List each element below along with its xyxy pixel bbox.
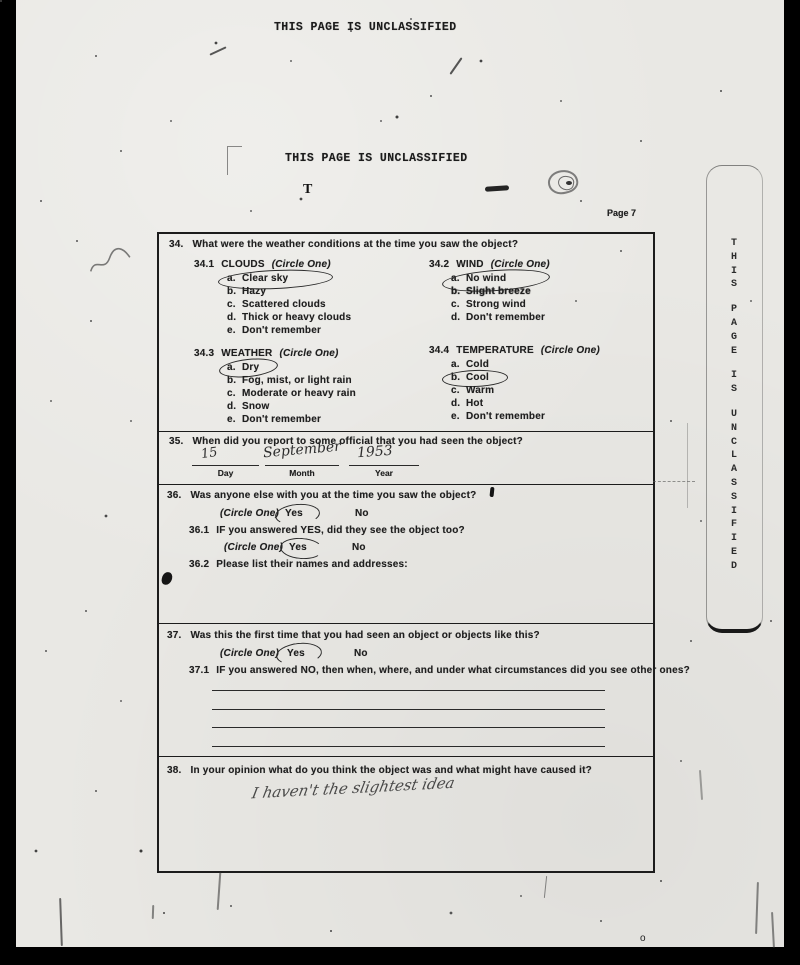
stray-t-glyph: T (303, 182, 312, 198)
option-letter: a. (227, 273, 242, 284)
temperature-options: a.Cold b.Cool c.Warm d.Hot e.Don't remem… (451, 359, 545, 424)
option-hazy: b.Hazy (227, 286, 351, 299)
scratch-mark (699, 770, 703, 800)
scratch-mark (755, 882, 759, 934)
option-dry: a.Dry (227, 362, 356, 375)
option-cool: b.Cool (451, 372, 545, 385)
question-36: 36.Was anyone else with you at the time … (167, 490, 476, 501)
year-label: Year (349, 468, 419, 478)
circle-one-instruction: (Circle One) (491, 259, 550, 270)
corner-pen-mark (227, 146, 242, 175)
scan-noise-specks (0, 0, 2, 2)
option-moderate-rain: c.Moderate or heavy rain (227, 388, 356, 401)
scan-edge-bottom (0, 947, 800, 965)
divider-extension-dash (653, 481, 695, 482)
option-label: Dry (242, 362, 259, 373)
subq-title: TEMPERATURE (456, 345, 534, 356)
classification-banner-top: THIS PAGE IS UNCLASSIFIED (274, 21, 457, 34)
option-letter: a. (451, 359, 466, 370)
option-label: Warm (466, 385, 494, 396)
q36-1-yes: Yes (289, 542, 307, 553)
answer-line (212, 727, 605, 728)
option-label: Don't remember (466, 411, 545, 422)
pen-stroke (209, 46, 226, 55)
option-label: Cold (466, 359, 489, 370)
option-dont-remember: e.Don't remember (451, 411, 545, 424)
question-37: 37.Was this the first time that you had … (167, 630, 540, 641)
option-letter: b. (227, 286, 242, 297)
option-letter: d. (227, 312, 242, 323)
option-label: Don't remember (242, 414, 321, 425)
yes-label: Yes (289, 542, 307, 553)
subq-title: WIND (456, 259, 483, 270)
month-field-line (265, 465, 339, 466)
option-label: No wind (466, 273, 506, 284)
subq-title: CLOUDS (221, 259, 264, 270)
option-letter: e. (227, 414, 242, 425)
question-35-number: 35. (169, 436, 184, 447)
option-label: Cool (466, 372, 489, 383)
ink-dash (485, 185, 509, 192)
day-field-line (192, 465, 259, 466)
option-letter: c. (451, 385, 466, 396)
ink-smudge-dot (566, 181, 572, 185)
option-thick-clouds: d.Thick or heavy clouds (227, 312, 351, 325)
question-38-text: In your opinion what do you think the ob… (191, 765, 592, 776)
year-field-line (349, 465, 419, 466)
questionnaire-form-box: 34.What were the weather conditions at t… (157, 232, 655, 873)
subq-number: 34.2 (429, 259, 449, 270)
option-fog-mist: b.Fog, mist, or light rain (227, 375, 356, 388)
option-letter: a. (227, 362, 242, 373)
question-36-2: 36.2Please list their names and addresse… (189, 559, 408, 570)
option-label: Clear sky (242, 273, 288, 284)
section-divider (159, 484, 653, 485)
handwritten-year: 1953 (356, 443, 393, 461)
option-hot: d.Hot (451, 398, 545, 411)
day-label: Day (192, 468, 259, 478)
q37-yes: Yes (287, 648, 305, 659)
scan-edge-left (0, 0, 16, 965)
scratch-mark (217, 872, 221, 910)
q36-1-no: No (352, 542, 366, 553)
ink-tick (489, 487, 494, 497)
scratch-mark (771, 912, 774, 948)
circle-one-instruction: (Circle One) (220, 648, 279, 659)
circle-one-instruction: (Circle One) (272, 259, 331, 270)
scan-crease (687, 423, 688, 508)
circle-one-instruction: (Circle One) (224, 542, 283, 553)
option-letter: d. (227, 401, 242, 412)
q36-no: No (355, 508, 369, 519)
classification-banner-middle: THIS PAGE IS UNCLASSIFIED (285, 152, 468, 165)
side-vertical-text: THISPAGEISUNCLASSIFIED (731, 237, 737, 574)
option-warm: c.Warm (451, 385, 545, 398)
option-label: Don't remember (466, 312, 545, 323)
subq-number: 34.1 (194, 259, 214, 270)
option-label: Fog, mist, or light rain (242, 375, 352, 386)
subq-number: 36.1 (189, 525, 209, 536)
option-slight-breeze: b.Slight breeze (451, 286, 545, 299)
subquestion-34-4-heading: 34.4TEMPERATURE(Circle One) (429, 345, 600, 356)
question-37-1: 37.1IF you answered NO, then when, where… (189, 665, 690, 676)
option-letter: d. (451, 398, 466, 409)
question-34-text: What were the weather conditions at the … (193, 239, 519, 250)
question-36-1: 36.1IF you answered YES, did they see th… (189, 525, 465, 536)
subquestion-34-3-heading: 34.3WEATHER(Circle One) (194, 348, 339, 359)
section-divider (159, 756, 653, 757)
page-number: Page 7 (607, 208, 636, 218)
question-38-number: 38. (167, 765, 182, 776)
option-cold: a.Cold (451, 359, 545, 372)
stray-o-glyph: o (640, 933, 646, 944)
option-letter: b. (451, 286, 466, 297)
subquestion-34-1-heading: 34.1CLOUDS(Circle One) (194, 259, 331, 270)
circle-one-instruction: (Circle One) (279, 348, 338, 359)
scratch-mark (59, 898, 63, 946)
question-36-1-text: IF you answered YES, did they see the ob… (216, 525, 465, 536)
option-dont-remember: e.Don't remember (227, 414, 356, 427)
ink-blot (161, 571, 174, 586)
pencil-scribble (84, 242, 134, 278)
option-no-wind: a.No wind (451, 273, 545, 286)
question-36-number: 36. (167, 490, 182, 501)
question-36-text: Was anyone else with you at the time you… (191, 490, 477, 501)
pen-stroke (449, 57, 462, 75)
yes-label: Yes (287, 648, 305, 659)
option-letter: e. (451, 411, 466, 422)
clouds-options: a.Clear sky b.Hazy c.Scattered clouds d.… (227, 273, 351, 338)
subquestion-34-2-heading: 34.2WIND(Circle One) (429, 259, 550, 270)
question-36-2-text: Please list their names and addresses: (216, 559, 408, 570)
scan-edge-right (784, 0, 800, 965)
subq-number: 37.1 (189, 665, 209, 676)
option-snow: d.Snow (227, 401, 356, 414)
option-clear-sky: a.Clear sky (227, 273, 351, 286)
question-37-number: 37. (167, 630, 182, 641)
circle-one-instruction: (Circle One) (541, 345, 600, 356)
option-label: Snow (242, 401, 269, 412)
question-38: 38.In your opinion what do you think the… (167, 765, 592, 776)
option-letter: b. (227, 375, 242, 386)
option-label: Don't remember (242, 325, 321, 336)
answer-line (212, 690, 605, 691)
question-34: 34.What were the weather conditions at t… (169, 239, 518, 250)
option-label: Hazy (242, 286, 266, 297)
handwritten-opinion-answer: I haven't the slightest idea (250, 774, 456, 803)
answer-line (212, 709, 605, 710)
subq-title: WEATHER (221, 348, 272, 359)
question-34-number: 34. (169, 239, 184, 250)
month-label: Month (265, 468, 339, 478)
scratch-mark (544, 876, 547, 898)
option-letter: b. (451, 372, 466, 383)
option-label: Slight breeze (466, 286, 531, 297)
option-strong-wind: c.Strong wind (451, 299, 545, 312)
question-37-1-text: IF you answered NO, then when, where, an… (216, 665, 690, 676)
option-dont-remember: d.Don't remember (451, 312, 545, 325)
section-divider (159, 431, 653, 432)
q37-no: No (354, 648, 368, 659)
subq-number: 34.3 (194, 348, 214, 359)
option-scattered-clouds: c.Scattered clouds (227, 299, 351, 312)
option-label: Strong wind (466, 299, 526, 310)
option-letter: c. (227, 299, 242, 310)
option-letter: d. (451, 312, 466, 323)
option-label: Hot (466, 398, 483, 409)
weather-options: a.Dry b.Fog, mist, or light rain c.Moder… (227, 362, 356, 427)
option-letter: c. (227, 388, 242, 399)
option-label: Scattered clouds (242, 299, 326, 310)
wind-options: a.No wind b.Slight breeze c.Strong wind … (451, 273, 545, 325)
option-dont-remember: e.Don't remember (227, 325, 351, 338)
subq-number: 36.2 (189, 559, 209, 570)
option-label: Moderate or heavy rain (242, 388, 356, 399)
q36-yes: Yes (285, 508, 303, 519)
option-letter: e. (227, 325, 242, 336)
yes-label: Yes (285, 508, 303, 519)
option-label: Thick or heavy clouds (242, 312, 351, 323)
option-letter: c. (451, 299, 466, 310)
question-35: 35.When did you report to some official … (169, 436, 523, 447)
handwritten-day: 15 (200, 445, 218, 462)
option-letter: a. (451, 273, 466, 284)
section-divider (159, 623, 653, 624)
scratch-mark (152, 905, 154, 919)
answer-line (212, 746, 605, 747)
circle-one-instruction: (Circle One) (220, 508, 279, 519)
subq-number: 34.4 (429, 345, 449, 356)
question-37-text: Was this the first time that you had see… (191, 630, 540, 641)
